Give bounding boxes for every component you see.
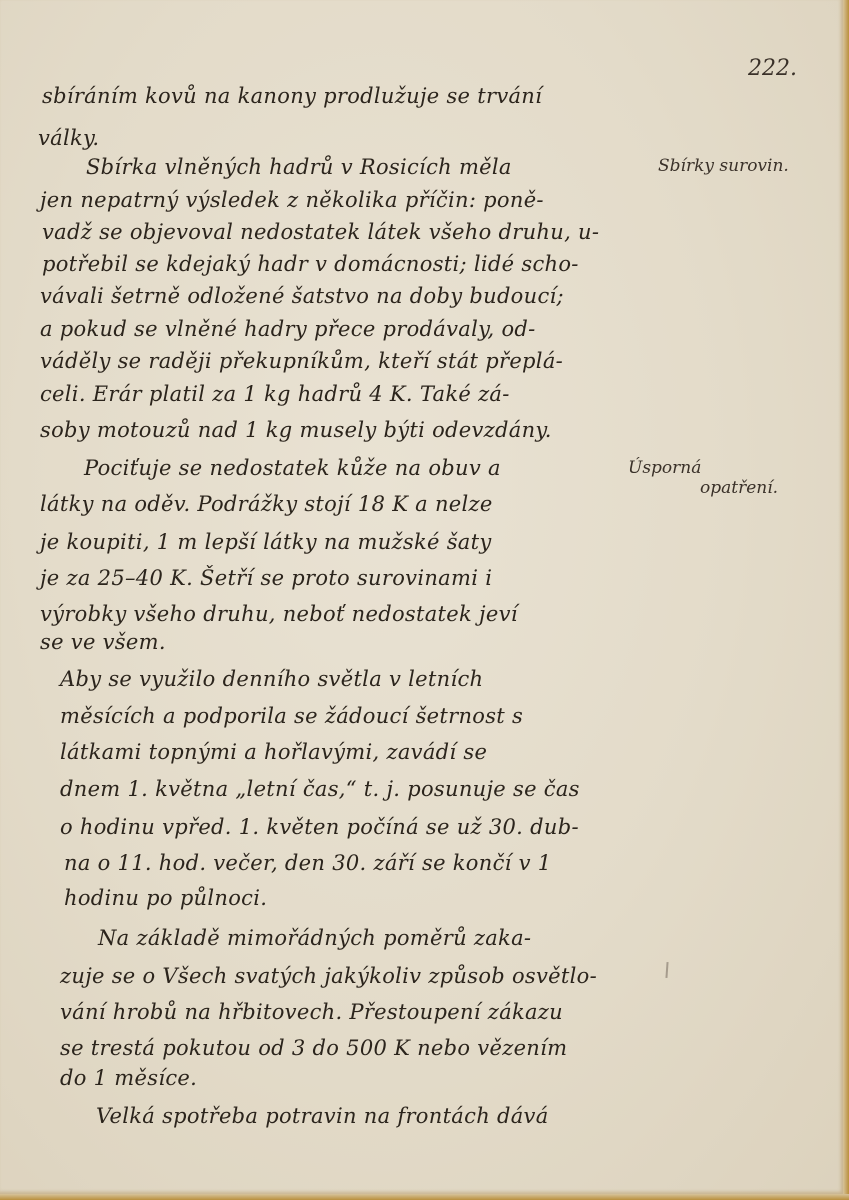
text-line: je koupiti, 1 m lepší látky na mužské ša… <box>40 530 492 554</box>
text-line: látky na oděv. Podrážky stojí 18 K a nel… <box>40 492 493 516</box>
margin-note: Úsporná <box>628 458 701 478</box>
text-line: Aby se využilo denního světla v letních <box>60 667 483 691</box>
text-line: je za 25–40 K. Šetří se proto surovinami… <box>40 566 492 590</box>
manuscript-page: 222. sbíráním kovů na kanony prodlužuje … <box>0 0 843 1194</box>
text-line: války. <box>38 126 99 150</box>
text-line: hodinu po půlnoci. <box>64 886 267 910</box>
text-line: Sbírka vlněných hadrů v Rosicích měla <box>86 155 512 179</box>
text-line: váděly se raději překupníkům, kteří stát… <box>40 349 563 373</box>
text-line: látkami topnými a hořlavými, zavádí se <box>60 740 487 764</box>
text-line: sbíráním kovů na kanony prodlužuje se tr… <box>42 84 542 108</box>
text-line: jen nepatrný výsledek z několika příčin:… <box>40 188 544 212</box>
margin-note: Sbírky surovin. <box>658 156 789 176</box>
page-edge-bottom <box>0 1194 849 1200</box>
page-edge-right <box>843 0 849 1200</box>
text-line: do 1 měsíce. <box>60 1066 197 1090</box>
text-line: na o 11. hod. večer, den 30. září se kon… <box>64 851 551 875</box>
pencil-mark <box>665 962 668 978</box>
text-line: Na základě mimořádných poměrů zaka- <box>98 926 531 950</box>
text-line: Velká spotřeba potravin na frontách dává <box>96 1104 549 1128</box>
text-line: zuje se o Všech svatých jakýkoliv způsob… <box>60 964 597 988</box>
text-line: Pociťuje se nedostatek kůže na obuv a <box>84 456 501 480</box>
text-line: celi. Erár platil za 1 kg hadrů 4 K. Tak… <box>40 382 510 406</box>
text-line: soby motouzů nad 1 kg musely býti odevzd… <box>40 418 552 442</box>
text-line: se trestá pokutou od 3 do 500 K nebo věz… <box>60 1036 567 1060</box>
text-line: vávali šetrně odložené šatstvo na doby b… <box>40 284 564 308</box>
text-line: měsících a podporila se žádoucí šetrnost… <box>60 704 523 728</box>
text-line: potřebil se kdejaký hadr v domácnosti; l… <box>42 252 579 276</box>
page-number: 222. <box>748 56 797 81</box>
text-line: a pokud se vlněné hadry přece prodávaly,… <box>40 317 536 341</box>
margin-note: opatření. <box>700 478 778 498</box>
text-line: se ve všem. <box>40 630 166 654</box>
text-line: vání hrobů na hřbitovech. Přestoupení zá… <box>60 1000 563 1024</box>
text-line: výrobky všeho druhu, neboť nedostatek je… <box>40 602 518 626</box>
text-line: o hodinu vpřed. 1. květen počíná se už 3… <box>60 815 579 839</box>
text-line: dnem 1. května „letní čas,“ t. j. posunu… <box>60 777 580 801</box>
text-line: vadž se objevoval nedostatek látek všeho… <box>42 220 599 244</box>
